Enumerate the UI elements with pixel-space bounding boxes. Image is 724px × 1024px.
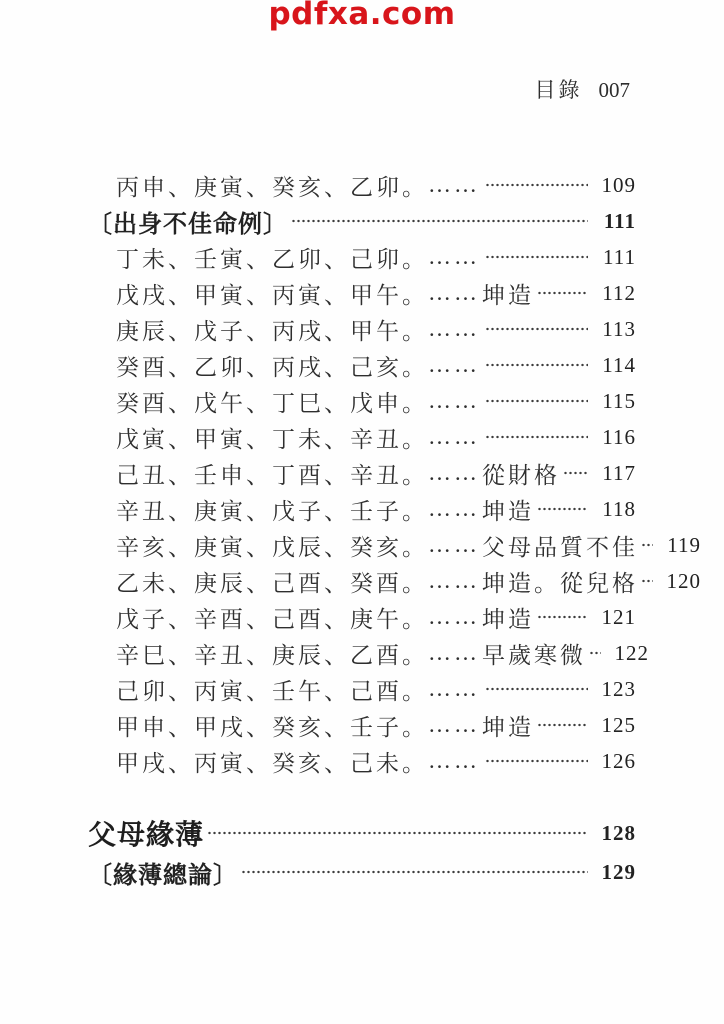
toc-list: 丙申、庚寅、癸亥、乙卯。……109〔出身不佳命例〕111丁未、壬寅、乙卯、己卯。…: [88, 167, 636, 779]
toc-entry-row: 癸酉、乙卯、丙戌、己亥。……114: [88, 347, 636, 383]
page-number: 119: [661, 533, 701, 558]
lead-dots: ……: [428, 244, 480, 270]
dot-leader: [485, 419, 588, 455]
dot-leader: [589, 635, 601, 671]
dot-leader: [537, 707, 588, 743]
page-number: 115: [596, 389, 636, 414]
heading-text: 父母緣薄: [88, 813, 204, 853]
lead-dots: ……: [428, 748, 480, 774]
lead-dots: ……: [428, 604, 480, 630]
dot-leader: [563, 455, 588, 491]
header-page-number: 007: [599, 78, 631, 103]
entry-note: 坤造。從兒格: [482, 565, 638, 598]
lead-dots: ……: [428, 172, 480, 198]
dot-leader: [537, 599, 588, 635]
entry-text: 己丑、壬申、丁酉、辛丑。: [116, 457, 428, 490]
entry-note: 坤造: [482, 601, 534, 634]
toc-entry-row: 戊寅、甲寅、丁未、辛丑。……116: [88, 419, 636, 455]
page-number: 117: [596, 461, 636, 486]
dot-leader: [485, 167, 588, 203]
toc-entry-row: 辛巳、辛丑、庚辰、乙酉。……早歲寒微122: [88, 635, 636, 671]
entry-text: 甲申、甲戌、癸亥、壬子。: [116, 709, 428, 742]
lead-dots: ……: [428, 460, 480, 486]
lead-dots: ……: [428, 280, 480, 306]
entry-text: 戊戌、甲寅、丙寅、甲午。: [116, 277, 428, 310]
lead-dots: ……: [428, 532, 480, 558]
page-number: 111: [596, 209, 636, 234]
toc-bottom-sections: 父母緣薄128〔緣薄總論〕129: [88, 812, 636, 890]
page-number: 114: [596, 353, 636, 378]
dot-leader: [641, 563, 653, 599]
lead-dots: ……: [428, 424, 480, 450]
entry-text: 己卯、丙寅、壬午、己酉。: [116, 673, 428, 706]
toc-entry-row: 戊子、辛酉、己酉、庚午。……坤造121: [88, 599, 636, 635]
dot-leader: [207, 812, 588, 854]
heading-text: 〔出身不佳命例〕: [88, 204, 288, 239]
entry-text: 癸酉、戊午、丁巳、戊申。: [116, 385, 428, 418]
dot-leader: [241, 854, 588, 890]
dot-leader: [485, 383, 588, 419]
header-title: 目錄: [535, 74, 583, 104]
page-number: 111: [596, 245, 636, 270]
entry-text: 戊寅、甲寅、丁未、辛丑。: [116, 421, 428, 454]
dot-leader: [485, 671, 588, 707]
lead-dots: ……: [428, 712, 480, 738]
toc-entry-row: 甲戌、丙寅、癸亥、己未。……126: [88, 743, 636, 779]
page-number: 109: [596, 173, 636, 198]
lead-dots: ……: [428, 676, 480, 702]
toc-entry-row: 庚辰、戊子、丙戌、甲午。……113: [88, 311, 636, 347]
entry-text: 乙未、庚辰、己酉、癸酉。: [116, 565, 428, 598]
page-number: 121: [596, 605, 636, 630]
toc-entry-row: 己卯、丙寅、壬午、己酉。……123: [88, 671, 636, 707]
toc-heading-row: 〔出身不佳命例〕111: [88, 203, 636, 239]
dot-leader: [485, 347, 588, 383]
watermark-text: pdfxa.com: [0, 0, 724, 32]
lead-dots: ……: [428, 388, 480, 414]
page-number: 112: [596, 281, 636, 306]
entry-text: 辛亥、庚寅、戊辰、癸亥。: [116, 529, 428, 562]
entry-note: 坤造: [482, 493, 534, 526]
lead-dots: ……: [428, 640, 480, 666]
dot-leader: [485, 743, 588, 779]
entry-text: 辛丑、庚寅、戊子、壬子。: [116, 493, 428, 526]
entry-note: 父母品質不佳: [482, 529, 638, 562]
entry-note: 坤造: [482, 709, 534, 742]
dot-leader: [641, 527, 653, 563]
lead-dots: ……: [428, 496, 480, 522]
page-header: 目錄 007: [535, 74, 631, 104]
lead-dots: ……: [428, 568, 480, 594]
entry-text: 辛巳、辛丑、庚辰、乙酉。: [116, 637, 428, 670]
entry-text: 丙申、庚寅、癸亥、乙卯。: [116, 169, 428, 202]
toc-entry-row: 乙未、庚辰、己酉、癸酉。……坤造。從兒格120: [88, 563, 636, 599]
entry-note: 坤造: [482, 277, 534, 310]
heading-text: 〔緣薄總論〕: [88, 855, 238, 890]
toc-entry-row: 癸酉、戊午、丁巳、戊申。……115: [88, 383, 636, 419]
entry-text: 戊子、辛酉、己酉、庚午。: [116, 601, 428, 634]
toc-heading-row: 父母緣薄128: [88, 812, 636, 854]
scanned-book-page: pdfxa.com 目錄 007 丙申、庚寅、癸亥、乙卯。……109〔出身不佳命…: [0, 0, 724, 1024]
page-number: 126: [596, 749, 636, 774]
page-number: 128: [596, 821, 636, 846]
entry-text: 甲戌、丙寅、癸亥、己未。: [116, 745, 428, 778]
toc-entry-row: 丁未、壬寅、乙卯、己卯。……111: [88, 239, 636, 275]
toc-entry-row: 辛丑、庚寅、戊子、壬子。……坤造118: [88, 491, 636, 527]
toc-heading-row: 〔緣薄總論〕129: [88, 854, 636, 890]
page-number: 122: [609, 641, 649, 666]
toc-entry-row: 辛亥、庚寅、戊辰、癸亥。……父母品質不佳119: [88, 527, 636, 563]
page-number: 113: [596, 317, 636, 342]
page-number: 129: [596, 860, 636, 885]
toc-entry-row: 丙申、庚寅、癸亥、乙卯。……109: [88, 167, 636, 203]
toc-entry-row: 戊戌、甲寅、丙寅、甲午。……坤造112: [88, 275, 636, 311]
page-number: 116: [596, 425, 636, 450]
dot-leader: [537, 275, 588, 311]
toc-entry-row: 甲申、甲戌、癸亥、壬子。……坤造125: [88, 707, 636, 743]
dot-leader: [485, 239, 588, 275]
page-number: 123: [596, 677, 636, 702]
entry-note: 早歲寒微: [482, 637, 586, 670]
lead-dots: ……: [428, 316, 480, 342]
dot-leader: [537, 491, 588, 527]
lead-dots: ……: [428, 352, 480, 378]
dot-leader: [485, 311, 588, 347]
entry-text: 丁未、壬寅、乙卯、己卯。: [116, 241, 428, 274]
entry-text: 庚辰、戊子、丙戌、甲午。: [116, 313, 428, 346]
toc-entry-row: 己丑、壬申、丁酉、辛丑。……從財格117: [88, 455, 636, 491]
entry-note: 從財格: [482, 457, 560, 490]
dot-leader: [291, 203, 588, 239]
page-number: 120: [661, 569, 701, 594]
page-number: 118: [596, 497, 636, 522]
entry-text: 癸酉、乙卯、丙戌、己亥。: [116, 349, 428, 382]
page-number: 125: [596, 713, 636, 738]
